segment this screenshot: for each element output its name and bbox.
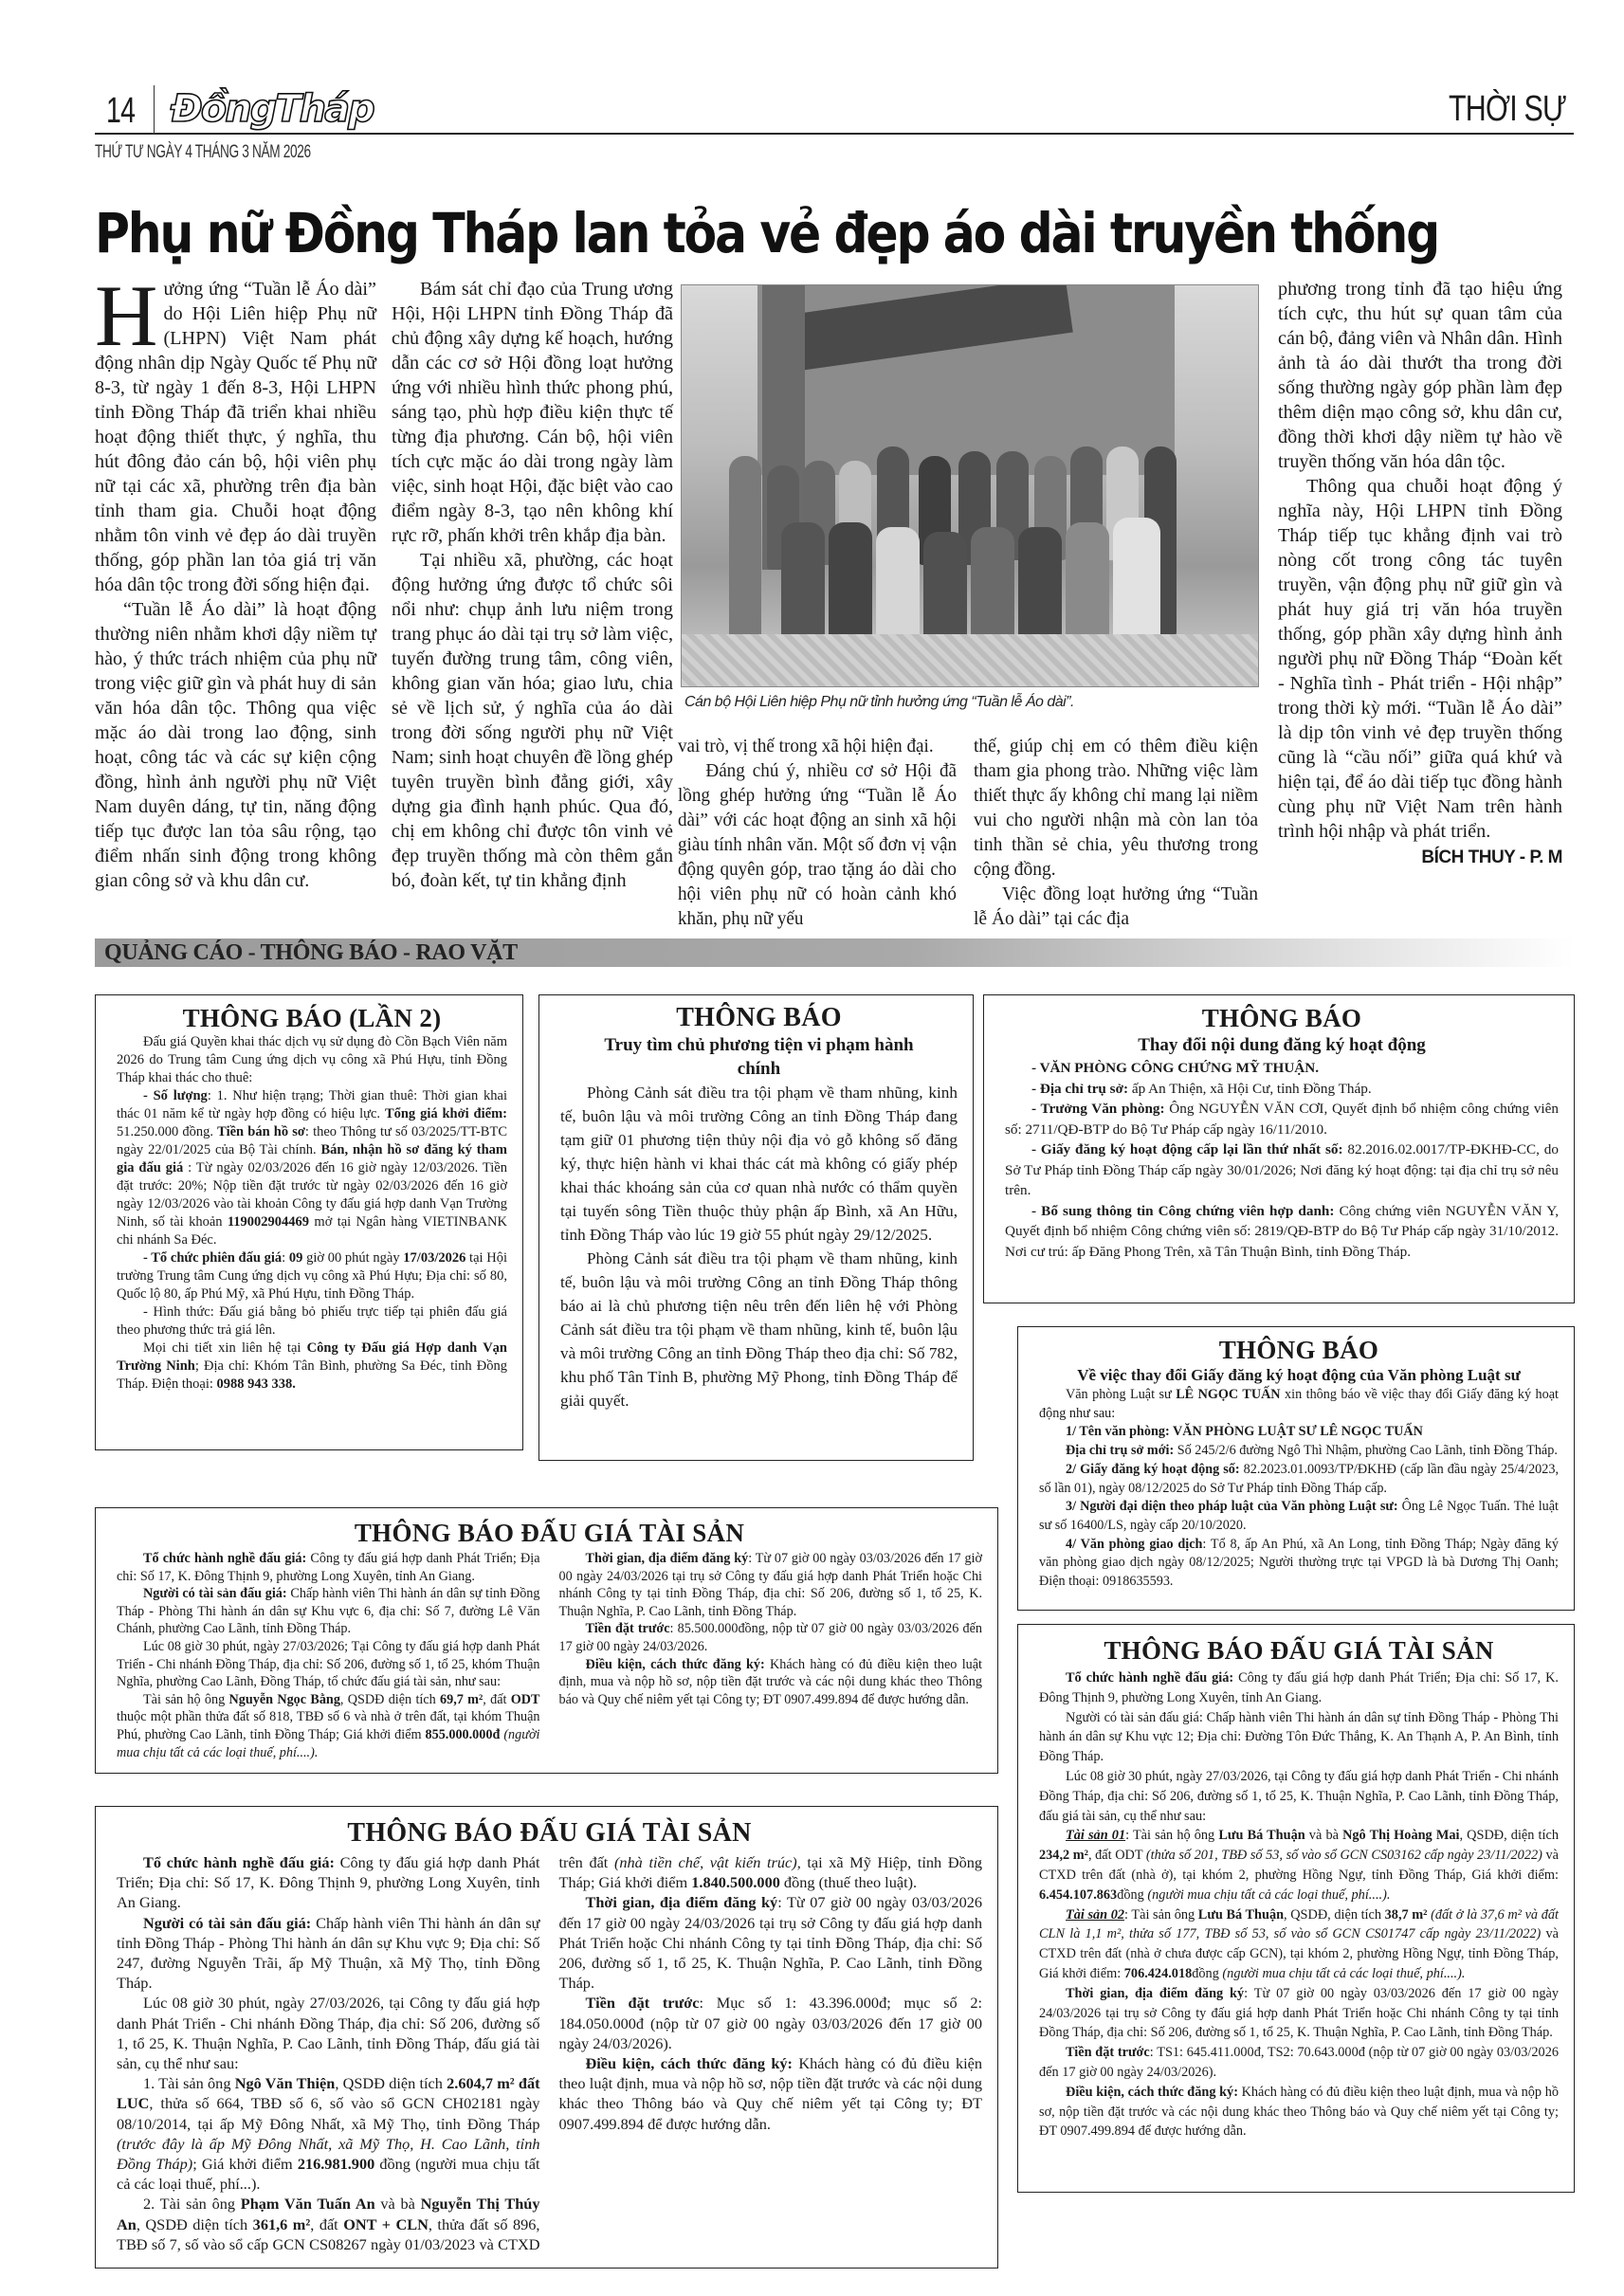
notice-paragraph: - VĂN PHÒNG CÔNG CHỨNG MỸ THUẬN.	[1005, 1058, 1559, 1079]
notice-title: THÔNG BÁO	[1005, 1003, 1559, 1033]
notice-paragraph: Điều kiện, cách thức đăng ký: Khách hàng…	[559, 2053, 983, 2134]
starting-price: 1.840.500.000	[691, 1873, 780, 1891]
starting-price: 855.000.000đ	[426, 1727, 501, 1742]
notice-paragraph: Thời gian, địa điểm đăng ký: Từ 07 giờ 0…	[559, 1892, 983, 1993]
notice-paragraph: Tiền đặt trước: 85.500.000đồng, nộp từ 0…	[559, 1620, 983, 1655]
dateline: THỨ TƯ NGÀY 4 THÁNG 3 NĂM 2026	[95, 142, 311, 163]
starting-price: 706.424.018	[1124, 1966, 1192, 1981]
notice-paragraph: 4/ Văn phòng giao dịch: Tổ 8, ấp An Phú,…	[1039, 1536, 1559, 1592]
notice-subtitle: Truy tìm chủ phương tiện vi phạm hành ch…	[560, 1033, 958, 1081]
notice-paragraph: Tổ chức hành nghề đấu giá: Công ty đấu g…	[117, 1852, 540, 1913]
article-paragraph: “Tuần lễ Áo dài” là hoạt động thường niê…	[95, 597, 376, 893]
notice-subtitle: Thay đổi nội dung đăng ký hoạt động	[1005, 1033, 1559, 1058]
article-paragraph: Việc đồng loạt hưởng ứng “Tuần lễ Áo dài…	[974, 883, 1258, 932]
notice-title: THÔNG BÁO ĐẤU GIÁ TÀI SẢN	[117, 1814, 982, 1852]
notice-paragraph: Tiền đặt trước: Mục số 1: 43.396.000đ; m…	[559, 1993, 983, 2053]
article-paragraph: Thông qua chuỗi hoạt động ý nghĩa này, H…	[1278, 474, 1562, 844]
notice-paragraph: Tổ chức hành nghề đấu giá: Công ty đấu g…	[117, 1550, 540, 1585]
notice-vehicle-owner-search: THÔNG BÁO Truy tìm chủ phương tiện vi ph…	[538, 994, 974, 1461]
notice-paragraph: Tài sản hộ ông Nguyễn Ngọc Bằng, QSDĐ di…	[117, 1691, 540, 1761]
starting-price: 6.454.107.863	[1039, 1887, 1117, 1903]
notice-paragraph: 1/ Tên văn phòng: VĂN PHÒNG LUẬT SƯ LÊ N…	[1039, 1423, 1559, 1442]
notice-title: THÔNG BÁO (LẦN 2)	[117, 1003, 507, 1033]
photo-pavement	[682, 634, 1258, 686]
notice-paragraph: Lúc 08 giờ 30 phút, ngày 27/03/2026; Tại…	[117, 1638, 540, 1691]
notice-paragraph: Đấu giá Quyền khai thác dịch vụ sử dụng …	[117, 1033, 507, 1087]
notice-paragraph: Tài sản 01: Tài sản hộ ông Lưu Bá Thuận …	[1039, 1826, 1559, 1904]
notice-asset-auction-2: THÔNG BÁO ĐẤU GIÁ TÀI SẢN Tổ chức hành n…	[95, 1806, 998, 2269]
notice-paragraph: 1. Tài sản ông Ngô Văn Thiện, QSDĐ diện …	[117, 2073, 540, 2194]
notice-paragraph: Người có tài sản đấu giá: Chấp hành viên…	[117, 1585, 540, 1638]
notice-paragraph: Phòng Cảnh sát điều tra tội phạm về tham…	[560, 1081, 958, 1247]
article-paragraph: phương trong tỉnh đã tạo hiệu ứng tích c…	[1278, 277, 1562, 474]
notice-notary-office-change: THÔNG BÁO Thay đổi nội dung đăng ký hoạt…	[983, 994, 1575, 1303]
article-paragraph: Hưởng ứng “Tuần lễ Áo dài” do Hội Liên h…	[95, 277, 376, 597]
section-name[interactable]: THỜI SỰ	[1449, 89, 1566, 130]
notice-title: THÔNG BÁO	[560, 1003, 958, 1033]
article-paragraph: Bám sát chỉ đạo của Trung ương Hội, Hội …	[392, 277, 673, 548]
article-column-4: thế, giúp chị em có thêm điều kiện tham …	[974, 735, 1258, 932]
notice-paragraph: 2/ Giấy đăng ký hoạt động số: 82.2023.01…	[1039, 1461, 1559, 1498]
notice-paragraph: Địa chỉ trụ sở mới: Số 245/2/6 đường Ngô…	[1039, 1442, 1559, 1461]
article-photo[interactable]	[681, 284, 1259, 687]
notice-title: THÔNG BÁO ĐẤU GIÁ TÀI SẢN	[117, 1516, 982, 1550]
article-headline: Phụ nữ Đồng Tháp lan tỏa vẻ đẹp áo dài t…	[95, 201, 1381, 265]
article-column-3: vai trò, vị thế trong xã hội hiện đại. Đ…	[678, 735, 957, 932]
notice-paragraph: Thời gian, địa điểm đăng ký: Từ 07 giờ 0…	[559, 1550, 983, 1620]
notice-paragraph: 3/ Người đại diện theo pháp luật của Văn…	[1039, 1498, 1559, 1535]
article-column-5: phương trong tỉnh đã tạo hiệu ứng tích c…	[1278, 277, 1562, 870]
article-paragraph: Đáng chú ý, nhiều cơ sở Hội đã lồng ghép…	[678, 759, 957, 932]
notice-body: Tổ chức hành nghề đấu giá: Công ty đấu g…	[117, 1852, 982, 2260]
notice-paragraph: Tổ chức hành nghề đấu giá: Công ty đấu g…	[1039, 1668, 1559, 1708]
notice-paragraph: Tài sản 02: Tài sản ông Lưu Bá Thuận, QS…	[1039, 1905, 1559, 1984]
notice-auction-ferry: THÔNG BÁO (LẦN 2) Đấu giá Quyền khai thá…	[95, 994, 523, 1450]
notice-paragraph: - Giấy đăng ký hoạt động cấp lại lần thứ…	[1005, 1139, 1559, 1201]
notice-asset-auction-3: THÔNG BÁO ĐẤU GIÁ TÀI SẢN Tổ chức hành n…	[1017, 1624, 1575, 2193]
starting-price: 216.981.900	[298, 2155, 374, 2173]
notice-law-office-change: THÔNG BÁO Về việc thay đổi Giấy đăng ký …	[1017, 1326, 1575, 1611]
classifieds-banner-label: QUẢNG CÁO - THÔNG BÁO - RAO VẶT	[104, 940, 518, 966]
notice-subtitle: Về việc thay đổi Giấy đăng ký hoạt động …	[1039, 1365, 1559, 1386]
classifieds-banner: QUẢNG CÁO - THÔNG BÁO - RAO VẶT	[95, 938, 1574, 967]
bank-account-number: 119002904469	[228, 1214, 309, 1230]
notice-paragraph: - Trưởng Văn phòng: Ông NGUYỄN VĂN CƠI, …	[1005, 1099, 1559, 1139]
notice-title: THÔNG BÁO	[1039, 1335, 1559, 1365]
notice-paragraph: - Địa chỉ trụ sở: ấp An Thiện, xã Hội Cư…	[1005, 1079, 1559, 1100]
notice-paragraph: Phòng Cảnh sát điều tra tội phạm về tham…	[560, 1247, 958, 1412]
notice-paragraph: Người có tài sản đấu giá: Chấp hành viên…	[1039, 1708, 1559, 1767]
article-column-2: Bám sát chỉ đạo của Trung ương Hội, Hội …	[392, 277, 673, 893]
page-number: 14	[106, 91, 135, 132]
notice-paragraph: - Bổ sung thông tin Công chứng viên hợp …	[1005, 1201, 1559, 1263]
notice-title: THÔNG BÁO ĐẤU GIÁ TÀI SẢN	[1039, 1632, 1559, 1668]
notice-paragraph: - Tổ chức phiên đấu giá: 09 giờ 00 phút …	[117, 1249, 507, 1303]
notice-paragraph: Mọi chi tiết xin liên hệ tại Công ty Đấu…	[117, 1339, 507, 1394]
notice-paragraph: - Hình thức: Đấu giá bằng bỏ phiếu trực …	[117, 1303, 507, 1339]
notice-paragraph: Người có tài sản đấu giá: Chấp hành viên…	[117, 1913, 540, 1994]
photo-group-of-women	[729, 446, 1203, 646]
notice-paragraph: - Số lượng: 1. Như hiện trạng; Thời gian…	[117, 1087, 507, 1249]
article-paragraph: vai trò, vị thế trong xã hội hiện đại.	[678, 735, 957, 759]
notice-paragraph: Lúc 08 giờ 30 phút, ngày 27/03/2026, tại…	[1039, 1767, 1559, 1826]
masthead: 14 ĐồngTháp THỜI SỰ	[95, 85, 1574, 135]
notice-paragraph: Lúc 08 giờ 30 phút, ngày 27/03/2026, tại…	[117, 1993, 540, 2073]
notice-paragraph: Điều kiện, cách thức đăng ký: Khách hàng…	[1039, 2083, 1559, 2141]
masthead-divider	[154, 85, 155, 135]
article-column-1: Hưởng ứng “Tuần lễ Áo dài” do Hội Liên h…	[95, 277, 376, 893]
phone-number: 0988 943 338.	[217, 1376, 296, 1392]
article-paragraph: thế, giúp chị em có thêm điều kiện tham …	[974, 735, 1258, 883]
notice-paragraph: Tiền đặt trước: TS1: 645.411.000đ, TS2: …	[1039, 2043, 1559, 2083]
notice-body: Tổ chức hành nghề đấu giá: Công ty đấu g…	[117, 1550, 982, 1763]
photo-caption: Cán bộ Hội Liên hiệp Phụ nữ tỉnh hưởng ứ…	[684, 694, 1074, 711]
notice-asset-auction-1: THÔNG BÁO ĐẤU GIÁ TÀI SẢN Tổ chức hành n…	[95, 1507, 998, 1774]
notice-paragraph: Điều kiện, cách thức đăng ký: Khách hàng…	[559, 1656, 983, 1709]
article-byline: BÍCH THUY - P. M	[1278, 846, 1562, 870]
notice-paragraph: Thời gian, địa điểm đăng ký: Từ 07 giờ 0…	[1039, 1984, 1559, 2043]
notice-paragraph: Văn phòng Luật sư LÊ NGỌC TUẤN xin thông…	[1039, 1386, 1559, 1423]
drop-cap: H	[95, 281, 163, 351]
article-paragraph: Tại nhiều xã, phường, các hoạt động hưởn…	[392, 548, 673, 893]
newspaper-logo[interactable]: ĐồngTháp	[171, 87, 374, 131]
